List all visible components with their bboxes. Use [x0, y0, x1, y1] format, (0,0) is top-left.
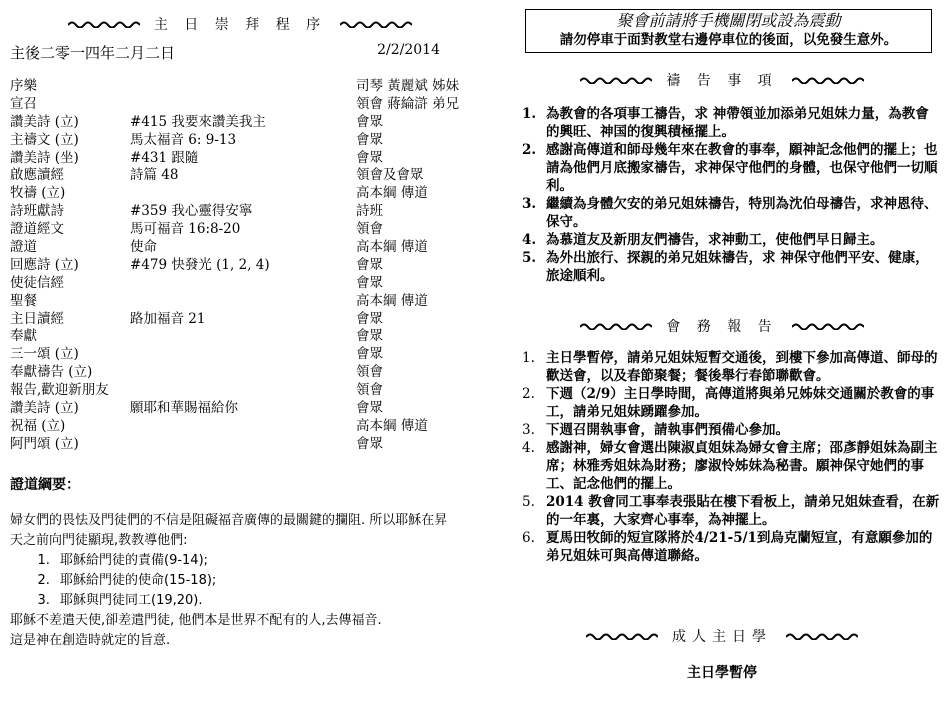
- program-leader: 會眾: [356, 400, 466, 418]
- program-item: 主日讀經: [10, 311, 130, 329]
- program-row: 阿門頌 (立)會眾: [10, 436, 470, 454]
- program-row: 證道使命高本綱 傳道: [10, 239, 470, 257]
- item-number: 3.: [522, 195, 546, 231]
- program-leader: 會眾: [356, 346, 466, 364]
- program-row: 祝福 (立)高本綱 傳道: [10, 418, 470, 436]
- program-item: 證道經文: [10, 221, 130, 239]
- program-leader: 會眾: [356, 436, 466, 454]
- list-item: 2.感謝高傳道和師母幾年來在教會的事奉，願神記念他們的擺上；也請為他們月底搬家禱…: [522, 141, 942, 195]
- program-content: [130, 328, 356, 346]
- program-leader: 司琴 黃麗斌 姊妹: [356, 78, 466, 96]
- item-number: 1.: [522, 349, 546, 385]
- program-leader: 會眾: [356, 257, 466, 275]
- flourish-ornament-icon: [340, 20, 412, 28]
- item-number: 6.: [522, 529, 546, 565]
- program-row: 使徒信經會眾: [10, 275, 470, 293]
- program-row: 讚美詩 (坐)#431 跟隨會眾: [10, 150, 470, 168]
- program-leader: 領會 蔣綸滸 弟兄: [356, 96, 466, 114]
- program-row: 主日讀經路加福音 21會眾: [10, 311, 470, 329]
- program-content: [130, 275, 356, 293]
- outline-point: 耶穌給門徒的責備(9-14);: [54, 551, 460, 571]
- list-item: 4.感謝神，婦女會選出陳淑貞姐妹為婦女會主席；邵彥靜姐妹為副主席；林雅秀姐妹為財…: [522, 439, 942, 493]
- program-content: 使命: [130, 239, 356, 257]
- announcements-header: 會 務 報 告: [500, 316, 944, 336]
- left-column: 主 日 崇 拜 程 序 主後二零一四年二月二日 2/2/2014 序樂司琴 黃麗…: [10, 0, 470, 707]
- program-content: [130, 293, 356, 311]
- program-row: 啟應讀經詩篇 48領會及會眾: [10, 167, 470, 185]
- program-item: 讚美詩 (立): [10, 114, 130, 132]
- program-row: 證道經文馬可福音 16:8-20領會: [10, 221, 470, 239]
- program-content: [130, 185, 356, 203]
- date-row: 主後二零一四年二月二日 2/2/2014: [10, 42, 440, 63]
- list-item: 6.夏馬田牧師的短宣隊將於4/21-5/1到烏克蘭短宣，有意願參加的弟兄姐妹可與…: [522, 529, 942, 565]
- program-leader: 會眾: [356, 132, 466, 150]
- item-text: 夏馬田牧師的短宣隊將於4/21-5/1到烏克蘭短宣，有意願參加的弟兄姐妹可與高傳…: [546, 529, 942, 565]
- program-row: 奉獻會眾: [10, 328, 470, 346]
- item-text: 為外出旅行、探親的弟兄姐妹禱告，求 神保守他們平安、健康，旅途順利。: [546, 249, 942, 285]
- program-row: 序樂司琴 黃麗斌 姊妹: [10, 78, 470, 96]
- program-item: 回應詩 (立): [10, 257, 130, 275]
- program-leader: 詩班: [356, 203, 466, 221]
- program-content: #415 我要來讚美我主: [130, 114, 356, 132]
- program-leader: 會眾: [356, 114, 466, 132]
- program-content: [130, 364, 356, 382]
- item-text: 下週（2/9）主日學時間，高傳道將與弟兄姊妹交通關於教會的事工，請弟兄姐妹踴躍參…: [546, 385, 942, 421]
- parking-notice: 請勿停車于面對教堂右邊停車位的後面，以免發生意外。: [526, 31, 931, 49]
- sermon-outline: 婦女們的畏怯及門徒們的不信是阻礙福音廣傳的最關鍵的攔阻. 所以耶穌在昇天之前向門…: [10, 511, 460, 651]
- adult-sunday-school-title: 成人主日學: [672, 626, 772, 646]
- item-number: 1.: [522, 105, 546, 141]
- item-number: 4.: [522, 231, 546, 249]
- prayer-list: 1.為教會的各項事工禱告，求 神帶領並加添弟兄姐妹力量，為教會的興旺、神国的復興…: [522, 105, 942, 285]
- program-item: 阿門頌 (立): [10, 436, 130, 454]
- program-content: #431 跟隨: [130, 150, 356, 168]
- list-item: 3.繼續為身體欠安的弟兄姐妹禱告，特別為沈伯母禱告，求神恩待、保守。: [522, 195, 942, 231]
- item-text: 繼續為身體欠安的弟兄姐妹禱告，特別為沈伯母禱告，求神恩待、保守。: [546, 195, 942, 231]
- list-item: 5.2014 教會同工事奉表張貼在樓下看板上，請弟兄姐妹查看，在新的一年裏，大家…: [522, 493, 942, 529]
- program-item: 牧禱 (立): [10, 185, 130, 203]
- program-row: 聖餐高本綱 傳道: [10, 293, 470, 311]
- program-item: 奉獻禱告 (立): [10, 364, 130, 382]
- program-row: 宣召領會 蔣綸滸 弟兄: [10, 96, 470, 114]
- program-leader: 領會: [356, 221, 466, 239]
- program-item: 報告,歡迎新朋友: [10, 382, 130, 400]
- outline-points: 耶穌給門徒的責備(9-14); 耶穌給門徒的使命(15-18); 耶穌與門徒同工…: [10, 551, 460, 611]
- program-leader: 高本綱 傳道: [356, 185, 466, 203]
- program-row: 三一頌 (立)會眾: [10, 346, 470, 364]
- program-content: [130, 436, 356, 454]
- item-number: 4.: [522, 439, 546, 493]
- program-row: 奉獻禱告 (立)領會: [10, 364, 470, 382]
- list-item: 5.為外出旅行、探親的弟兄姐妹禱告，求 神保守他們平安、健康，旅途順利。: [522, 249, 942, 285]
- program-content: #479 快發光 (1, 2, 4): [130, 257, 356, 275]
- program-row: 讚美詩 (立)願耶和華賜福給你會眾: [10, 400, 470, 418]
- date-chinese: 主後二零一四年二月二日: [10, 42, 175, 63]
- program-row: 詩班獻詩#359 我心靈得安寧詩班: [10, 203, 470, 221]
- announcements-title: 會 務 報 告: [666, 316, 777, 336]
- program-row: 讚美詩 (立)#415 我要來讚美我主會眾: [10, 114, 470, 132]
- item-text: 感謝神，婦女會選出陳淑貞姐妹為婦女會主席；邵彥靜姐妹為副主席；林雅秀姐妹為財務；…: [546, 439, 942, 493]
- item-text: 2014 教會同工事奉表張貼在樓下看板上，請弟兄姐妹查看，在新的一年裏，大家齊心…: [546, 493, 942, 529]
- flourish-ornament-icon: [586, 632, 658, 640]
- program-content: 願耶和華賜福給你: [130, 400, 356, 418]
- phone-notice: 聚會前請將手機關閉或設為震動: [526, 11, 931, 31]
- program-leader: 領會: [356, 382, 466, 400]
- program-leader: 領會: [356, 364, 466, 382]
- list-item: 1.主日學暫停，請弟兄姐妹短暫交通後，到樓下參加高傳道、師母的歡送會，以及春節聚…: [522, 349, 942, 385]
- item-text: 感謝高傳道和師母幾年來在教會的事奉，願神記念他們的擺上；也請為他們月底搬家禱告，…: [546, 141, 942, 195]
- prayer-title: 禱 告 事 項: [666, 70, 777, 90]
- announcements-list: 1.主日學暫停，請弟兄姐妹短暫交通後，到樓下參加高傳道、師母的歡送會，以及春節聚…: [522, 349, 942, 565]
- worship-order-header: 主 日 崇 拜 程 序: [10, 14, 470, 34]
- adult-sunday-school-header: 成人主日學: [500, 626, 944, 646]
- list-item: 2.下週（2/9）主日學時間，高傳道將與弟兄姊妹交通關於教會的事工，請弟兄姐妹踴…: [522, 385, 942, 421]
- item-number: 2.: [522, 385, 546, 421]
- sermon-outline-title: 證道綱要：: [10, 474, 80, 494]
- outline-point: 耶穌與門徒同工(19,20).: [54, 591, 460, 611]
- program-item: 讚美詩 (立): [10, 400, 130, 418]
- item-text: 下週召開執事會，請執事們預備心參加。: [546, 421, 942, 439]
- program-content: [130, 96, 356, 114]
- phone-parking-notice: 聚會前請將手機關閉或設為震動 請勿停車于面對教堂右邊停車位的後面，以免發生意外。: [525, 9, 932, 53]
- program-content: [130, 418, 356, 436]
- flourish-ornament-icon: [786, 632, 858, 640]
- date-numeric: 2/2/2014: [377, 42, 440, 63]
- flourish-ornament-icon: [580, 76, 652, 84]
- program-content: 馬可福音 16:8-20: [130, 221, 356, 239]
- outline-point: 耶穌給門徒的使命(15-18);: [54, 571, 460, 591]
- program-leader: 高本綱 傳道: [356, 418, 466, 436]
- list-item: 3.下週召開執事會，請執事們預備心參加。: [522, 421, 942, 439]
- worship-order-title: 主 日 崇 拜 程 序: [154, 14, 326, 34]
- program-leader: 領會及會眾: [356, 167, 466, 185]
- program-item: 奉獻: [10, 328, 130, 346]
- program-item: 三一頌 (立): [10, 346, 130, 364]
- outline-conclusion: 這是神在創造時就定的旨意.: [10, 631, 460, 651]
- outline-intro: 婦女們的畏怯及門徒們的不信是阻礙福音廣傳的最關鍵的攔阻. 所以耶穌在昇天之前向門…: [10, 511, 460, 551]
- program-leader: 會眾: [356, 328, 466, 346]
- program-leader: 高本綱 傳道: [356, 293, 466, 311]
- item-number: 5.: [522, 493, 546, 529]
- flourish-ornament-icon: [580, 322, 652, 330]
- flourish-ornament-icon: [68, 20, 140, 28]
- program-item: 使徒信經: [10, 275, 130, 293]
- item-text: 為慕道友及新朋友們禱告，求神動工，使他們早日歸主。: [546, 231, 942, 249]
- program-row: 牧禱 (立)高本綱 傳道: [10, 185, 470, 203]
- program-content: 路加福音 21: [130, 311, 356, 329]
- program-leader: 會眾: [356, 275, 466, 293]
- program-content: 馬太福音 6: 9-13: [130, 132, 356, 150]
- program-item: 祝福 (立): [10, 418, 130, 436]
- list-item: 1.為教會的各項事工禱告，求 神帶領並加添弟兄姐妹力量，為教會的興旺、神国的復興…: [522, 105, 942, 141]
- prayer-header: 禱 告 事 項: [500, 70, 944, 90]
- outline-conclusion: 耶穌不差遣天使,卻差遣門徒, 他們本是世界不配有的人,去傳福音.: [10, 611, 460, 631]
- adult-sunday-school-status: 主日學暫停: [500, 662, 944, 682]
- program-item: 序樂: [10, 78, 130, 96]
- program-row: 回應詩 (立)#479 快發光 (1, 2, 4)會眾: [10, 257, 470, 275]
- program-content: [130, 346, 356, 364]
- program-item: 主禱文 (立): [10, 132, 130, 150]
- program-leader: 會眾: [356, 150, 466, 168]
- list-item: 4.為慕道友及新朋友們禱告，求神動工，使他們早日歸主。: [522, 231, 942, 249]
- item-text: 主日學暫停，請弟兄姐妹短暫交通後，到樓下參加高傳道、師母的歡送會，以及春節聚餐；…: [546, 349, 942, 385]
- program-item: 宣召: [10, 96, 130, 114]
- program-row: 報告,歡迎新朋友領會: [10, 382, 470, 400]
- program-item: 詩班獻詩: [10, 203, 130, 221]
- program-content: #359 我心靈得安寧: [130, 203, 356, 221]
- program-item: 讚美詩 (坐): [10, 150, 130, 168]
- program-row: 主禱文 (立)馬太福音 6: 9-13會眾: [10, 132, 470, 150]
- program-content: [130, 78, 356, 96]
- program-content: 詩篇 48: [130, 167, 356, 185]
- program-leader: 會眾: [356, 311, 466, 329]
- item-text: 為教會的各項事工禱告，求 神帶領並加添弟兄姐妹力量，為教會的興旺、神国的復興積極…: [546, 105, 942, 141]
- program-item: 證道: [10, 239, 130, 257]
- program-content: [130, 382, 356, 400]
- item-number: 3.: [522, 421, 546, 439]
- program-item: 聖餐: [10, 293, 130, 311]
- right-column: 聚會前請將手機關閉或設為震動 請勿停車于面對教堂右邊停車位的後面，以免發生意外。…: [500, 0, 944, 707]
- flourish-ornament-icon: [792, 322, 864, 330]
- item-number: 5.: [522, 249, 546, 285]
- item-number: 2.: [522, 141, 546, 195]
- flourish-ornament-icon: [792, 76, 864, 84]
- program-leader: 高本綱 傳道: [356, 239, 466, 257]
- worship-program-list: 序樂司琴 黃麗斌 姊妹宣召領會 蔣綸滸 弟兄讚美詩 (立)#415 我要來讚美我…: [10, 78, 470, 454]
- program-item: 啟應讀經: [10, 167, 130, 185]
